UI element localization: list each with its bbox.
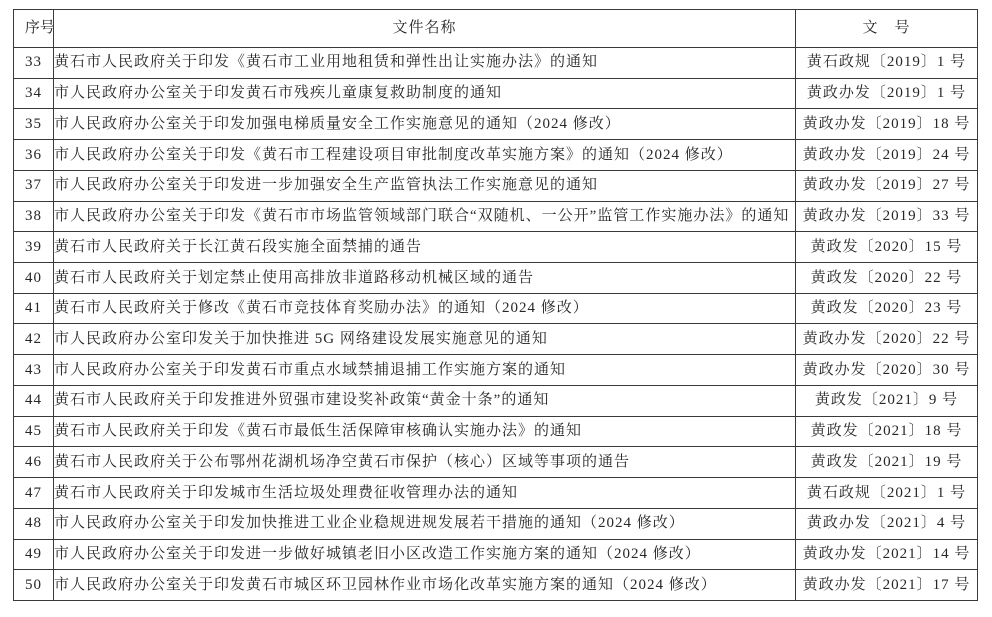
table-body: 33 黄石市人民政府关于印发《黄石市工业用地租赁和弹性出让实施办法》的通知 黄石… — [14, 48, 978, 601]
doc-number-cell: 黄政发〔2021〕9 号 — [796, 385, 978, 416]
row-index-cell: 42 — [14, 324, 54, 355]
table-row: 44 黄石市人民政府关于印发推进外贸强市建设奖补政策“黄金十条”的通知 黄政发〔… — [14, 385, 978, 416]
table-row: 34 市人民政府办公室关于印发黄石市残疾儿童康复救助制度的通知 黄政办发〔201… — [14, 78, 978, 109]
row-index-cell: 36 — [14, 140, 54, 171]
doc-number-cell: 黄政办发〔2021〕17 号 — [796, 570, 978, 601]
row-index-cell: 34 — [14, 78, 54, 109]
doc-title-cell: 黄石市人民政府关于长江黄石段实施全面禁捕的通告 — [54, 232, 796, 263]
row-index-cell: 37 — [14, 170, 54, 201]
doc-number-cell: 黄政发〔2021〕19 号 — [796, 447, 978, 478]
document-page: 序号 文件名称 文 号 33 黄石市人民政府关于印发《黄石市工业用地租赁和弹性出… — [0, 0, 992, 617]
row-index-cell: 47 — [14, 478, 54, 509]
row-index-cell: 45 — [14, 416, 54, 447]
doc-title-cell: 市人民政府办公室关于印发加强电梯质量安全工作实施意见的通知（2024 修改） — [54, 109, 796, 140]
doc-title-cell: 市人民政府办公室关于印发黄石市城区环卫园林作业市场化改革实施方案的通知（2024… — [54, 570, 796, 601]
doc-number-cell: 黄政办发〔2020〕22 号 — [796, 324, 978, 355]
table-row: 50 市人民政府办公室关于印发黄石市城区环卫园林作业市场化改革实施方案的通知（2… — [14, 570, 978, 601]
doc-number-cell: 黄政办发〔2019〕33 号 — [796, 201, 978, 232]
doc-title-cell: 市人民政府办公室关于印发《黄石市工程建设项目审批制度改革实施方案》的通知（202… — [54, 140, 796, 171]
table-row: 39 黄石市人民政府关于长江黄石段实施全面禁捕的通告 黄政发〔2020〕15 号 — [14, 232, 978, 263]
doc-number-cell: 黄石政规〔2021〕1 号 — [796, 478, 978, 509]
doc-number-cell: 黄政办发〔2019〕18 号 — [796, 109, 978, 140]
row-index-cell: 50 — [14, 570, 54, 601]
doc-number-cell: 黄政办发〔2021〕4 号 — [796, 508, 978, 539]
doc-title-cell: 黄石市人民政府关于印发推进外贸强市建设奖补政策“黄金十条”的通知 — [54, 385, 796, 416]
table-row: 42 市人民政府办公室印发关于加快推进 5G 网络建设发展实施意见的通知 黄政办… — [14, 324, 978, 355]
doc-title-cell: 市人民政府办公室关于印发黄石市残疾儿童康复救助制度的通知 — [54, 78, 796, 109]
header-row: 序号 文件名称 文 号 — [14, 10, 978, 48]
doc-number-cell: 黄政发〔2020〕22 号 — [796, 263, 978, 294]
doc-title-cell: 市人民政府办公室关于印发进一步做好城镇老旧小区改造工作实施方案的通知（2024 … — [54, 539, 796, 570]
row-index-cell: 43 — [14, 355, 54, 386]
row-index-cell: 41 — [14, 293, 54, 324]
doc-title-cell: 黄石市人民政府关于划定禁止使用高排放非道路移动机械区域的通告 — [54, 263, 796, 294]
doc-number-cell: 黄政发〔2021〕18 号 — [796, 416, 978, 447]
row-index-cell: 35 — [14, 109, 54, 140]
doc-title-cell: 市人民政府办公室印发关于加快推进 5G 网络建设发展实施意见的通知 — [54, 324, 796, 355]
table-row: 43 市人民政府办公室关于印发黄石市重点水域禁捕退捕工作实施方案的通知 黄政办发… — [14, 355, 978, 386]
table-row: 38 市人民政府办公室关于印发《黄石市市场监管领域部门联合“双随机、一公开”监管… — [14, 201, 978, 232]
table-row: 37 市人民政府办公室关于印发进一步加强安全生产监管执法工作实施意见的通知 黄政… — [14, 170, 978, 201]
table-row: 49 市人民政府办公室关于印发进一步做好城镇老旧小区改造工作实施方案的通知（20… — [14, 539, 978, 570]
header-name: 文件名称 — [54, 10, 796, 48]
doc-title-cell: 黄石市人民政府关于印发城市生活垃圾处理费征收管理办法的通知 — [54, 478, 796, 509]
doc-title-cell: 市人民政府办公室关于印发进一步加强安全生产监管执法工作实施意见的通知 — [54, 170, 796, 201]
row-index-cell: 38 — [14, 201, 54, 232]
row-index-cell: 44 — [14, 385, 54, 416]
header-number: 文 号 — [796, 10, 978, 48]
row-index-cell: 33 — [14, 48, 54, 79]
header-index-label: 序号 — [25, 19, 42, 37]
row-index-cell: 46 — [14, 447, 54, 478]
doc-number-cell: 黄政办发〔2019〕24 号 — [796, 140, 978, 171]
table-row: 41 黄石市人民政府关于修改《黄石市竞技体育奖励办法》的通知（2024 修改） … — [14, 293, 978, 324]
row-index-cell: 40 — [14, 263, 54, 294]
doc-number-cell: 黄石政规〔2019〕1 号 — [796, 48, 978, 79]
doc-title-cell: 市人民政府办公室关于印发加快推进工业企业稳规进规发展若干措施的通知（2024 修… — [54, 508, 796, 539]
table-row: 36 市人民政府办公室关于印发《黄石市工程建设项目审批制度改革实施方案》的通知（… — [14, 140, 978, 171]
row-index-cell: 48 — [14, 508, 54, 539]
doc-title-cell: 黄石市人民政府关于印发《黄石市工业用地租赁和弹性出让实施办法》的通知 — [54, 48, 796, 79]
table-row: 35 市人民政府办公室关于印发加强电梯质量安全工作实施意见的通知（2024 修改… — [14, 109, 978, 140]
doc-number-cell: 黄政发〔2020〕15 号 — [796, 232, 978, 263]
doc-title-cell: 黄石市人民政府关于修改《黄石市竞技体育奖励办法》的通知（2024 修改） — [54, 293, 796, 324]
table-row: 40 黄石市人民政府关于划定禁止使用高排放非道路移动机械区域的通告 黄政发〔20… — [14, 263, 978, 294]
header-index: 序号 — [14, 10, 54, 48]
table-row: 33 黄石市人民政府关于印发《黄石市工业用地租赁和弹性出让实施办法》的通知 黄石… — [14, 48, 978, 79]
doc-number-cell: 黄政办发〔2019〕27 号 — [796, 170, 978, 201]
documents-table: 序号 文件名称 文 号 33 黄石市人民政府关于印发《黄石市工业用地租赁和弹性出… — [13, 9, 978, 601]
table-row: 46 黄石市人民政府关于公布鄂州花湖机场净空黄石市保护（核心）区域等事项的通告 … — [14, 447, 978, 478]
row-index-cell: 39 — [14, 232, 54, 263]
doc-number-cell: 黄政发〔2020〕23 号 — [796, 293, 978, 324]
doc-title-cell: 市人民政府办公室关于印发黄石市重点水域禁捕退捕工作实施方案的通知 — [54, 355, 796, 386]
doc-number-cell: 黄政办发〔2020〕30 号 — [796, 355, 978, 386]
doc-title-cell: 黄石市人民政府关于公布鄂州花湖机场净空黄石市保护（核心）区域等事项的通告 — [54, 447, 796, 478]
doc-number-cell: 黄政办发〔2019〕1 号 — [796, 78, 978, 109]
row-index-cell: 49 — [14, 539, 54, 570]
table-row: 48 市人民政府办公室关于印发加快推进工业企业稳规进规发展若干措施的通知（202… — [14, 508, 978, 539]
table-header: 序号 文件名称 文 号 — [14, 10, 978, 48]
table-row: 47 黄石市人民政府关于印发城市生活垃圾处理费征收管理办法的通知 黄石政规〔20… — [14, 478, 978, 509]
doc-title-cell: 黄石市人民政府关于印发《黄石市最低生活保障审核确认实施办法》的通知 — [54, 416, 796, 447]
doc-title-cell: 市人民政府办公室关于印发《黄石市市场监管领域部门联合“双随机、一公开”监管工作实… — [54, 201, 796, 232]
doc-number-cell: 黄政办发〔2021〕14 号 — [796, 539, 978, 570]
table-row: 45 黄石市人民政府关于印发《黄石市最低生活保障审核确认实施办法》的通知 黄政发… — [14, 416, 978, 447]
